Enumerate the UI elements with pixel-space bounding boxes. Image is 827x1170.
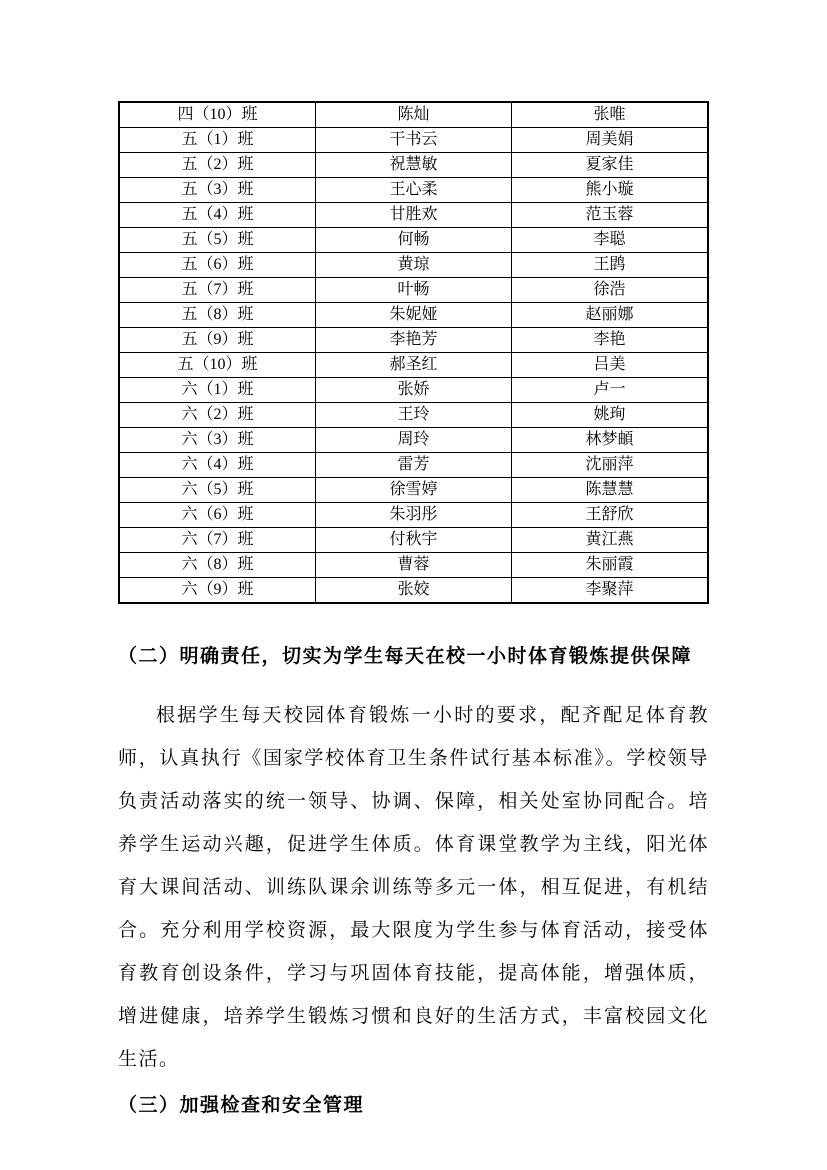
class-cell: 六（1）班 bbox=[119, 378, 315, 403]
class-cell: 五（2）班 bbox=[119, 153, 315, 178]
student-name-cell: 赵丽娜 bbox=[511, 303, 708, 328]
class-cell: 五（1）班 bbox=[119, 128, 315, 153]
table-row: 五（7）班叶畅徐浩 bbox=[119, 278, 708, 303]
student-name-cell: 李聚萍 bbox=[511, 578, 708, 604]
student-name-cell: 叶畅 bbox=[315, 278, 511, 303]
table-row: 六（3）班周玲林梦頔 bbox=[119, 428, 708, 453]
student-name-cell: 王鹍 bbox=[511, 253, 708, 278]
student-name-cell: 夏家佳 bbox=[511, 153, 708, 178]
table-row: 六（9）班张姣李聚萍 bbox=[119, 578, 708, 604]
student-name-cell: 李艳 bbox=[511, 328, 708, 353]
student-name-cell: 周美娟 bbox=[511, 128, 708, 153]
class-cell: 六（2）班 bbox=[119, 403, 315, 428]
class-cell: 五（4）班 bbox=[119, 203, 315, 228]
student-name-cell: 甘胜欢 bbox=[315, 203, 511, 228]
table-row: 五（8）班朱妮娅赵丽娜 bbox=[119, 303, 708, 328]
student-name-cell: 张姣 bbox=[315, 578, 511, 604]
student-name-cell: 徐雪婷 bbox=[315, 478, 511, 503]
table-row: 六（7）班付秋宇黄江燕 bbox=[119, 528, 708, 553]
class-cell: 五（5）班 bbox=[119, 228, 315, 253]
roster-table-body: 四（10）班陈灿张唯五（1）班干书云周美娟五（2）班祝慧敏夏家佳五（3）班王心柔… bbox=[119, 102, 708, 603]
table-row: 六（1）班张娇卢一 bbox=[119, 378, 708, 403]
table-row: 五（6）班黄琼王鹍 bbox=[119, 253, 708, 278]
student-name-cell: 雷芳 bbox=[315, 453, 511, 478]
section-paragraph-responsibility: 根据学生每天校园体育锻炼一小时的要求，配齐配足体育教师，认真执行《国家学校体育卫… bbox=[118, 694, 709, 1081]
class-cell: 五（6）班 bbox=[119, 253, 315, 278]
table-row: 四（10）班陈灿张唯 bbox=[119, 102, 708, 128]
student-name-cell: 郝圣红 bbox=[315, 353, 511, 378]
student-name-cell: 卢一 bbox=[511, 378, 708, 403]
student-name-cell: 王心柔 bbox=[315, 178, 511, 203]
section-heading-responsibility: （二）明确责任，切实为学生每天在校一小时体育锻炼提供保障 bbox=[118, 646, 709, 668]
student-name-cell: 黄江燕 bbox=[511, 528, 708, 553]
class-cell: 五（7）班 bbox=[119, 278, 315, 303]
table-row: 五（2）班祝慧敏夏家佳 bbox=[119, 153, 708, 178]
student-name-cell: 何畅 bbox=[315, 228, 511, 253]
table-row: 五（4）班甘胜欢范玉蓉 bbox=[119, 203, 708, 228]
student-name-cell: 吕美 bbox=[511, 353, 708, 378]
table-row: 六（5）班徐雪婷陈慧慧 bbox=[119, 478, 708, 503]
student-name-cell: 陈灿 bbox=[315, 102, 511, 128]
student-name-cell: 李艳芳 bbox=[315, 328, 511, 353]
student-name-cell: 范玉蓉 bbox=[511, 203, 708, 228]
document-content: 四（10）班陈灿张唯五（1）班干书云周美娟五（2）班祝慧敏夏家佳五（3）班王心柔… bbox=[118, 101, 709, 1117]
student-name-cell: 付秋宇 bbox=[315, 528, 511, 553]
student-name-cell: 黄琼 bbox=[315, 253, 511, 278]
student-name-cell: 陈慧慧 bbox=[511, 478, 708, 503]
student-name-cell: 王舒欣 bbox=[511, 503, 708, 528]
student-name-cell: 朱丽霞 bbox=[511, 553, 708, 578]
class-cell: 五（9）班 bbox=[119, 328, 315, 353]
class-cell: 六（9）班 bbox=[119, 578, 315, 604]
class-cell: 六（5）班 bbox=[119, 478, 315, 503]
student-name-cell: 张娇 bbox=[315, 378, 511, 403]
table-row: 六（8）班曹蓉朱丽霞 bbox=[119, 553, 708, 578]
roster-table: 四（10）班陈灿张唯五（1）班干书云周美娟五（2）班祝慧敏夏家佳五（3）班王心柔… bbox=[118, 101, 709, 604]
student-name-cell: 沈丽萍 bbox=[511, 453, 708, 478]
section-heading-safety: （三）加强检查和安全管理 bbox=[118, 1095, 709, 1117]
student-name-cell: 徐浩 bbox=[511, 278, 708, 303]
student-name-cell: 熊小璇 bbox=[511, 178, 708, 203]
student-name-cell: 祝慧敏 bbox=[315, 153, 511, 178]
table-row: 五（1）班干书云周美娟 bbox=[119, 128, 708, 153]
class-cell: 六（4）班 bbox=[119, 453, 315, 478]
student-name-cell: 曹蓉 bbox=[315, 553, 511, 578]
student-name-cell: 王玲 bbox=[315, 403, 511, 428]
student-name-cell: 李聪 bbox=[511, 228, 708, 253]
class-cell: 五（3）班 bbox=[119, 178, 315, 203]
student-name-cell: 朱妮娅 bbox=[315, 303, 511, 328]
student-name-cell: 姚珣 bbox=[511, 403, 708, 428]
table-row: 五（10）班郝圣红吕美 bbox=[119, 353, 708, 378]
table-row: 六（2）班王玲姚珣 bbox=[119, 403, 708, 428]
table-row: 六（4）班雷芳沈丽萍 bbox=[119, 453, 708, 478]
student-name-cell: 朱羽彤 bbox=[315, 503, 511, 528]
class-cell: 五（8）班 bbox=[119, 303, 315, 328]
table-row: 六（6）班朱羽彤王舒欣 bbox=[119, 503, 708, 528]
student-name-cell: 干书云 bbox=[315, 128, 511, 153]
table-row: 五（5）班何畅李聪 bbox=[119, 228, 708, 253]
class-cell: 六（3）班 bbox=[119, 428, 315, 453]
document-page: 四（10）班陈灿张唯五（1）班干书云周美娟五（2）班祝慧敏夏家佳五（3）班王心柔… bbox=[0, 0, 827, 1170]
student-name-cell: 张唯 bbox=[511, 102, 708, 128]
class-cell: 六（8）班 bbox=[119, 553, 315, 578]
student-name-cell: 周玲 bbox=[315, 428, 511, 453]
table-row: 五（3）班王心柔熊小璇 bbox=[119, 178, 708, 203]
class-cell: 五（10）班 bbox=[119, 353, 315, 378]
student-name-cell: 林梦頔 bbox=[511, 428, 708, 453]
table-row: 五（9）班李艳芳李艳 bbox=[119, 328, 708, 353]
class-cell: 六（7）班 bbox=[119, 528, 315, 553]
class-cell: 六（6）班 bbox=[119, 503, 315, 528]
class-cell: 四（10）班 bbox=[119, 102, 315, 128]
